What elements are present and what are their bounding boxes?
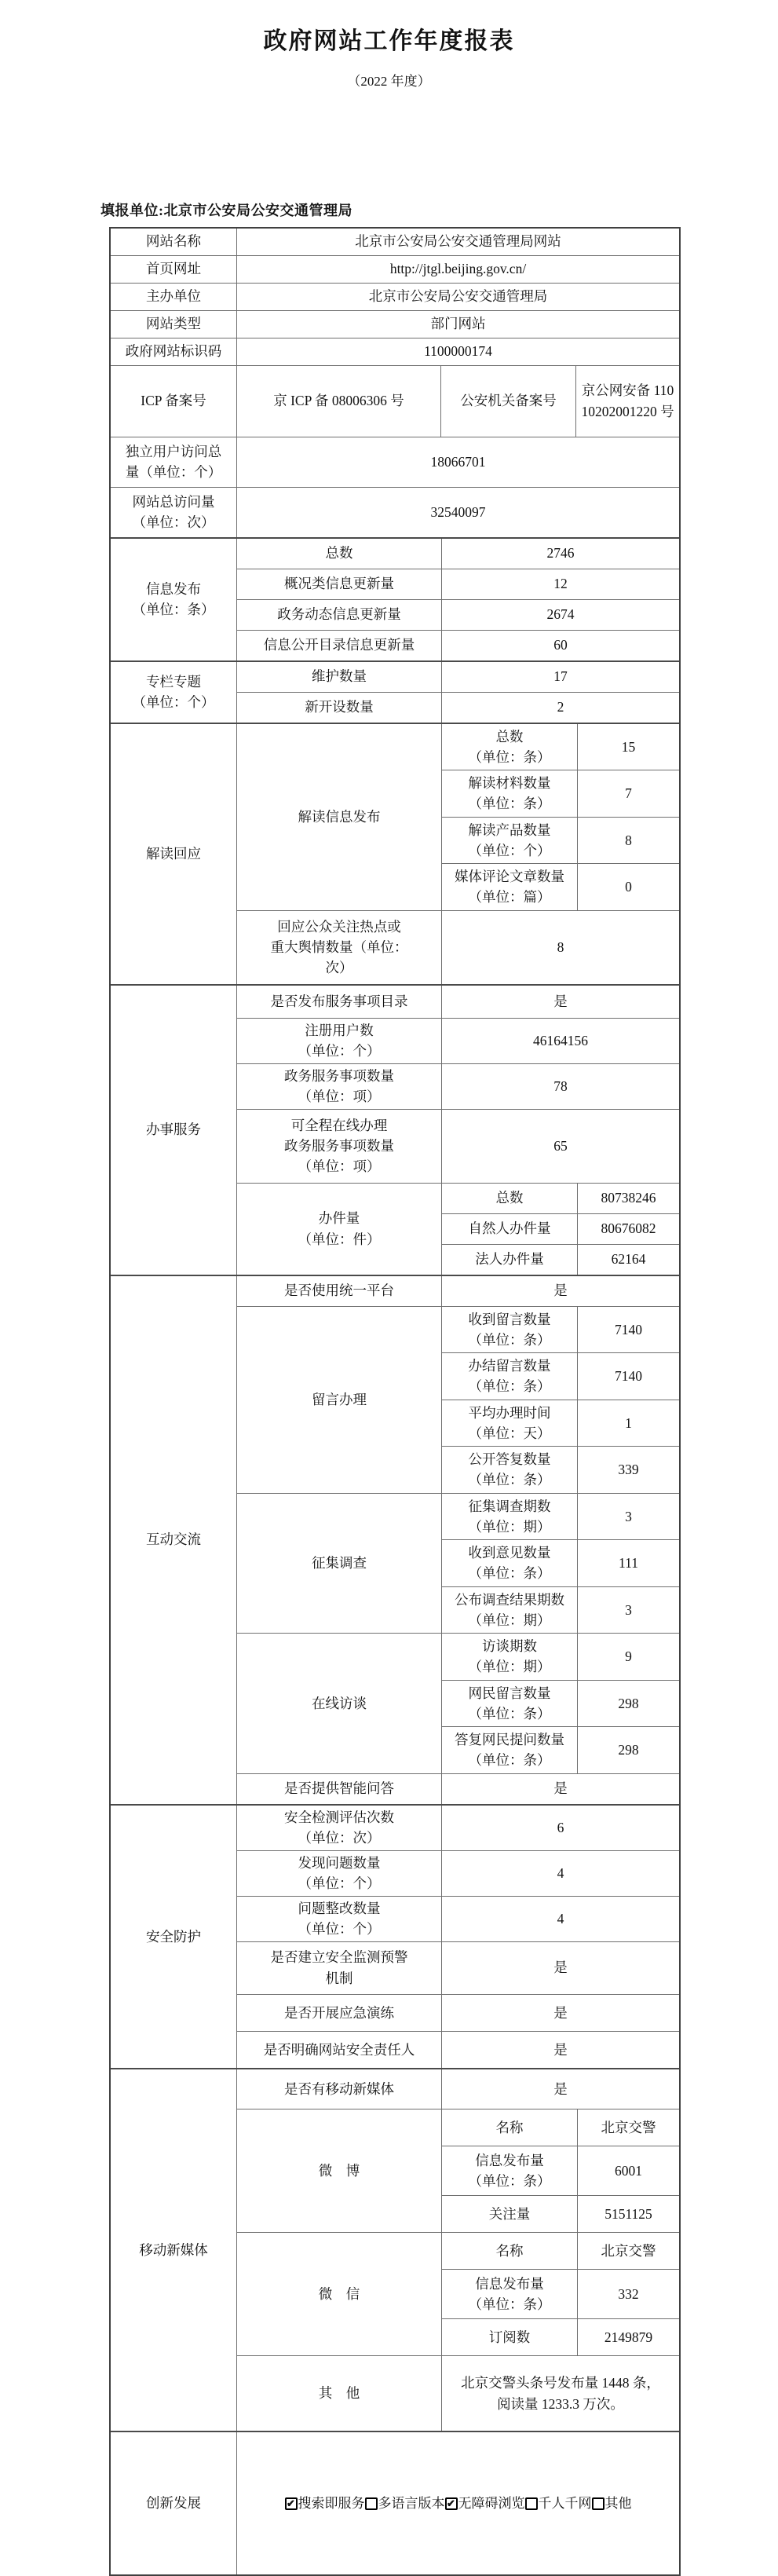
interpret-row-value: 8 [577, 818, 679, 864]
has-mobile-value: 是 [441, 2069, 679, 2109]
section-interpret: 解读回应 解读信息发布 总数 （单位：条） 15 解读材料数量 （单位：条） 7 [111, 723, 679, 984]
wechat-row-value: 北京交警 [577, 2233, 679, 2269]
info-publish-row-label: 信息公开目录信息更新量 [237, 631, 441, 660]
row-unique-visitors: 独立用户访问总 量（单位：个） 18066701 [111, 437, 679, 487]
cases-row-label: 总数 [442, 1184, 577, 1213]
police-record-value: 京公网安备 11010202001220 号 [575, 366, 679, 437]
weibo-row-value: 5151125 [577, 2196, 679, 2232]
report-table: 网站名称 北京市公安局公安交通管理局网站 首页网址 http://jtgl.be… [109, 227, 681, 2576]
report-body: 填报单位:北京市公安局公安交通管理局 网站名称 北京市公安局公安交通管理局网站 … [109, 200, 681, 2576]
table-row: 答复网民提问数量 （单位：条） 298 [442, 1726, 679, 1773]
table-row: 维护数量 17 [237, 662, 679, 692]
mobile-category: 移动新媒体 [111, 2069, 236, 2431]
document-subtitle: （2022 年度） [0, 71, 778, 92]
surveys-group-label: 征集调查 [237, 1494, 441, 1634]
messages-row-value: 1 [577, 1400, 679, 1447]
weibo-group-label: 微 博 [237, 2109, 441, 2232]
table-row: 回应公众关注热点或 重大舆情数量（单位： 次） 8 [237, 910, 679, 984]
services-row-label: 是否发布服务事项目录 [237, 986, 441, 1018]
section-interaction: 互动交流 是否使用统一平台 是 留言办理 收到留言数量 （单位：条） 7140 [111, 1275, 679, 1804]
interaction-category: 互动交流 [111, 1276, 236, 1804]
cases-row-value: 62164 [577, 1245, 679, 1275]
table-row: 关注量 5151125 [442, 2195, 679, 2232]
section-info-publish: 信息发布 （单位：条） 总数 2746 概况类信息更新量 12 政务动态信息更新… [111, 537, 679, 660]
table-row: 信息发布量 （单位：条） 332 [442, 2269, 679, 2318]
table-row: 网民留言数量 （单位：条） 298 [442, 1680, 679, 1727]
cases-group-label: 办件量 （单位：件） [237, 1184, 441, 1275]
services-row-label: 注册用户数 （单位：个） [237, 1019, 441, 1063]
cases-group: 办件量 （单位：件） 总数 80738246 自然人办件量 80676082 [237, 1183, 679, 1275]
surveys-row-value: 111 [577, 1540, 679, 1586]
table-row: 总数 80738246 [442, 1184, 679, 1213]
table-row: 是否提供智能问答 是 [237, 1773, 679, 1804]
table-row: 平均办理时间 （单位：天） 1 [442, 1400, 679, 1447]
wechat-row-label: 名称 [442, 2233, 577, 2269]
table-row: 公布调查结果期数 （单位：期） 3 [442, 1586, 679, 1634]
smart-qa-label: 是否提供智能问答 [237, 1774, 441, 1804]
interpret-category: 解读回应 [111, 724, 236, 984]
section-mobile: 移动新媒体 是否有移动新媒体 是 微 博 名称 北京交警 [111, 2068, 679, 2431]
unique-visitors-label: 独立用户访问总 量（单位：个） [111, 437, 236, 487]
section-columns: 专栏专题 （单位：个） 维护数量 17 新开设数量 2 [111, 660, 679, 723]
messages-row-value: 339 [577, 1447, 679, 1493]
table-row: 是否开展应急演练 是 [237, 1994, 679, 2031]
row-website-name: 网站名称 北京市公安局公安交通管理局网站 [111, 229, 679, 255]
option-personalized: 千人千网 [525, 2494, 592, 2514]
checkbox-icon [365, 2497, 378, 2510]
security-row-value: 4 [441, 1851, 679, 1896]
cases-row-value: 80676082 [577, 1214, 679, 1244]
wechat-row-label: 订阅数 [442, 2319, 577, 2355]
services-row-label: 政务服务事项数量 （单位：项） [237, 1064, 441, 1109]
interviews-row-label: 答复网民提问数量 （单位：条） [442, 1727, 577, 1773]
cases-row-value: 80738246 [577, 1184, 679, 1213]
table-row: 自然人办件量 80676082 [442, 1213, 679, 1244]
innovation-options: 搜索即服务 多语言版本 无障碍浏览 千人千网 [236, 2432, 679, 2574]
services-category: 办事服务 [111, 986, 236, 1275]
info-publish-row-value: 2674 [441, 600, 679, 630]
wechat-row-value: 332 [577, 2270, 679, 2318]
columns-row-value: 2 [441, 693, 679, 723]
option-accessibility: 无障碍浏览 [445, 2494, 525, 2514]
row-site-type: 网站类型 部门网站 [111, 310, 679, 338]
table-row: 政务动态信息更新量 2674 [237, 599, 679, 630]
interviews-group: 在线访谈 访谈期数 （单位：期） 9 网民留言数量 （单位：条） 298 [237, 1633, 679, 1773]
table-row: 其 他 北京交警头条号发布量 1448 条， 阅读量 1233.3 万次。 [237, 2355, 679, 2431]
table-row: 名称 北京交警 [442, 2233, 679, 2269]
interviews-row-label: 访谈期数 （单位：期） [442, 1634, 577, 1680]
messages-row-label: 办结留言数量 （单位：条） [442, 1353, 577, 1400]
messages-group: 留言办理 收到留言数量 （单位：条） 7140 办结留言数量 （单位：条） 71… [237, 1306, 679, 1493]
weibo-row-label: 关注量 [442, 2196, 577, 2232]
interpret-row-label: 解读材料数量 （单位：条） [442, 770, 577, 817]
interviews-row-value: 298 [577, 1727, 679, 1773]
messages-group-label: 留言办理 [237, 1307, 441, 1493]
option-label: 多语言版本 [378, 2494, 445, 2514]
columns-row-label: 新开设数量 [237, 693, 441, 723]
website-name-label: 网站名称 [111, 229, 236, 255]
has-mobile-label: 是否有移动新媒体 [237, 2069, 441, 2109]
table-row: 是否有移动新媒体 是 [237, 2069, 679, 2109]
info-publish-row-value: 12 [441, 569, 679, 599]
weibo-row-label: 信息发布量 （单位：条） [442, 2146, 577, 2195]
security-row-label: 安全检测评估次数 （单位：次） [237, 1806, 441, 1850]
interpret-row-value: 15 [577, 724, 679, 770]
security-row-value: 6 [441, 1806, 679, 1850]
section-security: 安全防护 安全检测评估次数 （单位：次） 6 发现问题数量 （单位：个） 4 问… [111, 1804, 679, 2069]
site-code-value: 1100000174 [236, 338, 679, 365]
table-row: 收到意见数量 （单位：条） 111 [442, 1539, 679, 1586]
interviews-group-label: 在线访谈 [237, 1634, 441, 1773]
messages-row-label: 收到留言数量 （单位：条） [442, 1307, 577, 1353]
hot-response-label: 回应公众关注热点或 重大舆情数量（单位： 次） [237, 911, 441, 984]
weibo-row-label: 名称 [442, 2109, 577, 2146]
smart-qa-value: 是 [441, 1774, 679, 1804]
weibo-row-value: 北京交警 [577, 2109, 679, 2146]
innovation-category: 创新发展 [111, 2432, 236, 2574]
interviews-row-label: 网民留言数量 （单位：条） [442, 1681, 577, 1727]
table-row: 信息公开目录信息更新量 60 [237, 630, 679, 660]
table-row: 名称 北京交警 [442, 2109, 679, 2146]
checkbox-icon [525, 2497, 538, 2510]
unified-platform-value: 是 [441, 1276, 679, 1306]
wechat-group-label: 微 信 [237, 2233, 441, 2355]
security-row-label: 问题整改数量 （单位：个） [237, 1897, 441, 1941]
table-row: 可全程在线办理 政务服务事项数量 （单位：项） 65 [237, 1109, 679, 1183]
website-name-value: 北京市公安局公安交通管理局网站 [236, 229, 679, 255]
checkbox-icon [285, 2497, 298, 2510]
table-row: 媒体评论文章数量 （单位：篇） 0 [442, 863, 679, 910]
table-row: 总数 （单位：条） 15 [442, 724, 679, 770]
security-row-label: 发现问题数量 （单位：个） [237, 1851, 441, 1896]
table-row: 办结留言数量 （单位：条） 7140 [442, 1352, 679, 1400]
sponsor-label: 主办单位 [111, 284, 236, 310]
wechat-row-value: 2149879 [577, 2319, 679, 2355]
columns-category: 专栏专题 （单位：个） [111, 662, 236, 723]
surveys-row-value: 3 [577, 1587, 679, 1634]
security-category: 安全防护 [111, 1806, 236, 2069]
info-publish-row-label: 政务动态信息更新量 [237, 600, 441, 630]
services-row-value: 65 [441, 1110, 679, 1183]
surveys-row-label: 收到意见数量 （单位：条） [442, 1540, 577, 1586]
info-publish-category: 信息发布 （单位：条） [111, 539, 236, 660]
table-row: 法人办件量 62164 [442, 1244, 679, 1275]
interpret-row-value: 7 [577, 770, 679, 817]
option-search-as-service: 搜索即服务 [285, 2494, 365, 2514]
cases-row-label: 自然人办件量 [442, 1214, 577, 1244]
columns-row-label: 维护数量 [237, 662, 441, 692]
unique-visitors-value: 18066701 [236, 437, 679, 487]
services-row-value: 46164156 [441, 1019, 679, 1063]
surveys-group: 征集调查 征集调查期数 （单位：期） 3 收到意见数量 （单位：条） 111 [237, 1493, 679, 1634]
table-row: 是否建立安全监测预警 机制 是 [237, 1941, 679, 1994]
table-row: 总数 2746 [237, 539, 679, 569]
option-other: 其他 [592, 2494, 632, 2514]
row-sponsor: 主办单位 北京市公安局公安交通管理局 [111, 283, 679, 310]
security-row-value: 4 [441, 1897, 679, 1941]
police-record-label: 公安机关备案号 [440, 366, 575, 437]
total-visits-label: 网站总访问量 （单位：次） [111, 488, 236, 537]
interpret-row-value: 0 [577, 864, 679, 910]
table-row: 征集调查期数 （单位：期） 3 [442, 1494, 679, 1540]
interpret-row-label: 解读产品数量 （单位：个） [442, 818, 577, 864]
security-row-value: 是 [441, 2032, 679, 2068]
services-row-value: 是 [441, 986, 679, 1018]
columns-row-value: 17 [441, 662, 679, 692]
weibo-row-value: 6001 [577, 2146, 679, 2195]
table-row: 收到留言数量 （单位：条） 7140 [442, 1307, 679, 1353]
hot-response-value: 8 [441, 911, 679, 984]
report-page: 政府网站工作年度报表 （2022 年度） 填报单位:北京市公安局公安交通管理局 … [0, 0, 778, 2576]
services-row-label: 可全程在线办理 政务服务事项数量 （单位：项） [237, 1110, 441, 1183]
total-visits-value: 32540097 [236, 488, 679, 537]
interpret-publish-group: 解读信息发布 总数 （单位：条） 15 解读材料数量 （单位：条） 7 [237, 724, 679, 910]
mobile-other-label: 其 他 [237, 2356, 441, 2431]
home-url-label: 首页网址 [111, 256, 236, 283]
reporting-unit: 填报单位:北京市公安局公安交通管理局 [100, 200, 681, 221]
sponsor-value: 北京市公安局公安交通管理局 [236, 284, 679, 310]
checkbox-icon [445, 2497, 458, 2510]
table-row: 访谈期数 （单位：期） 9 [442, 1634, 679, 1680]
surveys-row-label: 公布调查结果期数 （单位：期） [442, 1587, 577, 1634]
unified-platform-label: 是否使用统一平台 [237, 1276, 441, 1306]
table-row: 发现问题数量 （单位：个） 4 [237, 1850, 679, 1896]
messages-row-label: 平均办理时间 （单位：天） [442, 1400, 577, 1447]
icp-value: 京 ICP 备 08006306 号 [236, 366, 440, 437]
info-publish-row-value: 60 [441, 631, 679, 660]
interviews-row-value: 9 [577, 1634, 679, 1680]
services-row-value: 78 [441, 1064, 679, 1109]
security-row-label: 是否开展应急演练 [237, 1995, 441, 2031]
interpret-group-label: 解读信息发布 [237, 724, 441, 910]
security-row-label: 是否明确网站安全责任人 [237, 2032, 441, 2068]
row-icp: ICP 备案号 京 ICP 备 08006306 号 公安机关备案号 京公网安备… [111, 365, 679, 437]
site-type-label: 网站类型 [111, 311, 236, 338]
option-label: 其他 [605, 2494, 632, 2514]
icp-label: ICP 备案号 [111, 366, 236, 437]
row-total-visits: 网站总访问量 （单位：次） 32540097 [111, 487, 679, 537]
messages-row-label: 公开答复数量 （单位：条） [442, 1447, 577, 1493]
table-row: 政务服务事项数量 （单位：项） 78 [237, 1063, 679, 1109]
wechat-group: 微 信 名称 北京交警 信息发布量 （单位：条） 332 订阅数 [237, 2232, 679, 2355]
surveys-row-label: 征集调查期数 （单位：期） [442, 1494, 577, 1540]
interviews-row-value: 298 [577, 1681, 679, 1727]
info-publish-row-label: 概况类信息更新量 [237, 569, 441, 599]
table-row: 概况类信息更新量 12 [237, 569, 679, 599]
table-row: 是否使用统一平台 是 [237, 1276, 679, 1306]
weibo-group: 微 博 名称 北京交警 信息发布量 （单位：条） 6001 关注 [237, 2109, 679, 2232]
table-row: 问题整改数量 （单位：个） 4 [237, 1896, 679, 1941]
messages-row-value: 7140 [577, 1353, 679, 1400]
row-home-url: 首页网址 http://jtgl.beijing.gov.cn/ [111, 255, 679, 283]
table-row: 公开答复数量 （单位：条） 339 [442, 1446, 679, 1493]
messages-row-value: 7140 [577, 1307, 679, 1353]
section-innovation: 创新发展 搜索即服务 多语言版本 无障碍浏览 [111, 2431, 679, 2574]
table-row: 是否发布服务事项目录 是 [237, 986, 679, 1018]
section-services: 办事服务 是否发布服务事项目录 是 注册用户数 （单位：个） 46164156 … [111, 984, 679, 1275]
cases-row-label: 法人办件量 [442, 1245, 577, 1275]
site-type-value: 部门网站 [236, 311, 679, 338]
site-code-label: 政府网站标识码 [111, 338, 236, 365]
table-row: 解读材料数量 （单位：条） 7 [442, 770, 679, 817]
wechat-row-label: 信息发布量 （单位：条） [442, 2270, 577, 2318]
row-site-code: 政府网站标识码 1100000174 [111, 338, 679, 365]
table-row: 新开设数量 2 [237, 692, 679, 723]
table-row: 解读产品数量 （单位：个） 8 [442, 817, 679, 864]
checkbox-icon [592, 2497, 605, 2510]
interpret-row-label: 媒体评论文章数量 （单位：篇） [442, 864, 577, 910]
interpret-row-label: 总数 （单位：条） [442, 724, 577, 770]
table-row: 订阅数 2149879 [442, 2318, 679, 2355]
security-row-label: 是否建立安全监测预警 机制 [237, 1942, 441, 1994]
info-publish-row-value: 2746 [441, 539, 679, 569]
home-url-value: http://jtgl.beijing.gov.cn/ [236, 256, 679, 283]
table-row: 安全检测评估次数 （单位：次） 6 [237, 1806, 679, 1850]
option-multilingual: 多语言版本 [365, 2494, 445, 2514]
table-row: 信息发布量 （单位：条） 6001 [442, 2146, 679, 2195]
security-row-value: 是 [441, 1942, 679, 1994]
mobile-other-value: 北京交警头条号发布量 1448 条， 阅读量 1233.3 万次。 [441, 2356, 679, 2431]
option-label: 搜索即服务 [298, 2494, 365, 2514]
option-label: 千人千网 [539, 2494, 592, 2514]
document-title: 政府网站工作年度报表 [0, 0, 778, 59]
option-label: 无障碍浏览 [458, 2494, 525, 2514]
table-row: 是否明确网站安全责任人 是 [237, 2031, 679, 2068]
table-row: 注册用户数 （单位：个） 46164156 [237, 1018, 679, 1063]
info-publish-row-label: 总数 [237, 539, 441, 569]
surveys-row-value: 3 [577, 1494, 679, 1540]
security-row-value: 是 [441, 1995, 679, 2031]
